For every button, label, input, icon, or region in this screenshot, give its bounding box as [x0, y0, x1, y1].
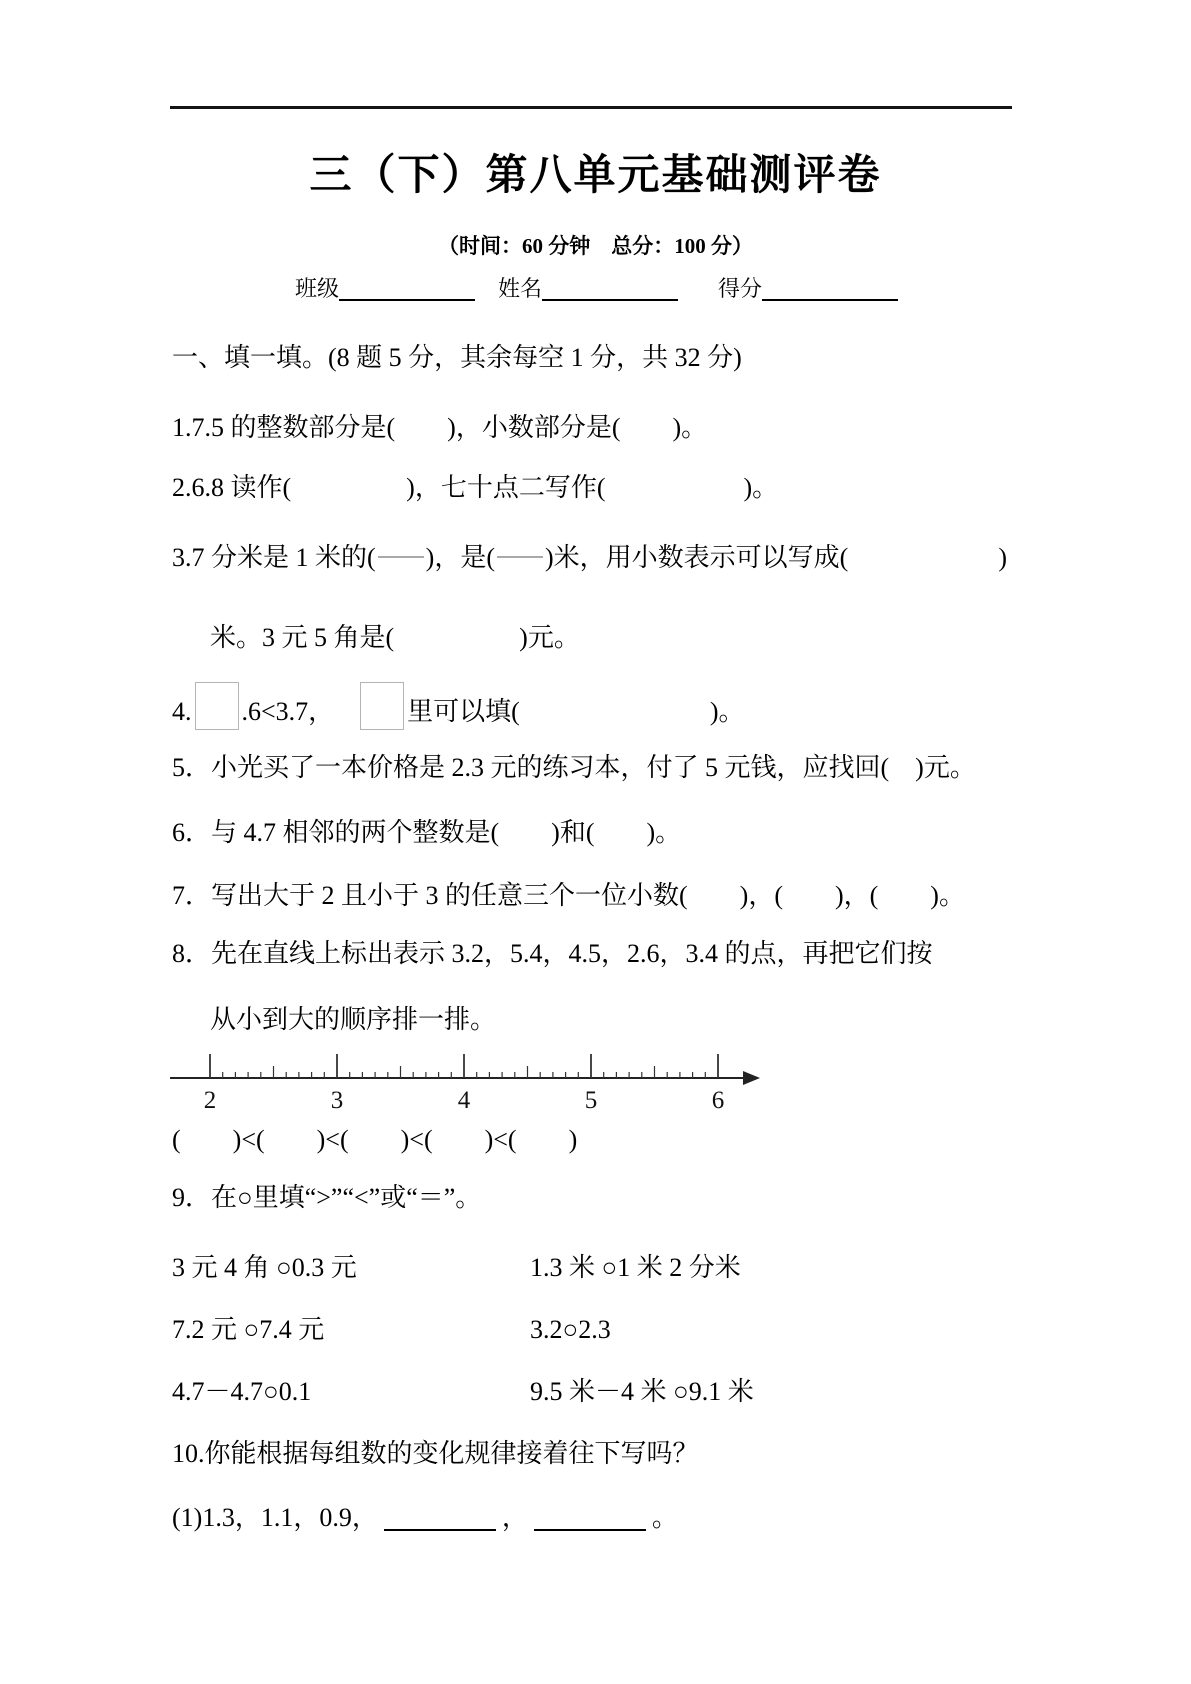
page-title: 三（下）第八单元基础测评卷 — [0, 142, 1191, 202]
q10-answer-blank-1[interactable] — [384, 1503, 496, 1531]
q3-text-a: 3.7 分米是 1 米的( — [172, 543, 376, 572]
question-8-line1: 8．先在直线上标出表示 3.2，5.4，4.5，2.6，3.4 的点，再把它们按 — [172, 936, 933, 972]
question-6: 6．与 4.7 相邻的两个整数是( )和( )。 — [172, 815, 681, 851]
question-4: 4..6<3.7，里可以填()。 — [172, 682, 745, 730]
question-9-heading: 9．在○里填“>”“<”或“＝”。 — [172, 1180, 481, 1216]
q3-answer-blank-2[interactable] — [394, 645, 519, 646]
question-1: 1.7.5 的整数部分是( )，小数部分是( )。 — [172, 410, 707, 446]
question-8-order-row: ( )<( )<( )<( )<( ) — [172, 1122, 577, 1158]
q10-text-c: 。 — [652, 1503, 678, 1532]
q3-text-b: )，是( — [426, 543, 495, 572]
q3-text-c: )米，用小数表示可以写成( — [545, 543, 848, 572]
question-7: 7．写出大于 2 且小于 3 的任意三个一位小数( )，( )，( )。 — [172, 878, 965, 914]
number-line-label-4: 4 — [458, 1087, 471, 1114]
q9-compare-row2-right[interactable]: 3.2○2.3 — [530, 1312, 611, 1348]
q3-fraction-blank-1[interactable] — [378, 556, 424, 558]
question-2: 2.6.8 读作()，七十点二写作()。 — [172, 470, 778, 506]
score-label: 得分 — [718, 276, 762, 301]
number-line-label-2: 2 — [204, 1087, 217, 1114]
q3-text-e: 米。3 元 5 角是( — [210, 623, 394, 652]
number-line-graphic[interactable]: 23456 — [160, 1042, 780, 1117]
question-3-line1: 3.7 分米是 1 米的()，是()米，用小数表示可以写成() — [172, 540, 1007, 576]
class-input-blank[interactable] — [339, 277, 475, 301]
q3-fraction-blank-2[interactable] — [497, 556, 543, 558]
question-10-item1: (1)1.3，1.1，0.9，，。 — [172, 1498, 678, 1536]
q4-answer-blank[interactable] — [520, 719, 710, 720]
class-field: 班级 — [295, 272, 475, 303]
q9-compare-row1-right[interactable]: 1.3 米 ○1 米 2 分米 — [530, 1250, 741, 1286]
q3-text-d: ) — [998, 543, 1007, 572]
q2-answer-blank-1[interactable] — [291, 495, 406, 496]
header-rule — [170, 106, 1012, 109]
q9-compare-row3-right[interactable]: 9.5 米－4 米 ○9.1 米 — [530, 1374, 754, 1410]
number-line-label-3: 3 — [331, 1087, 344, 1114]
question-10-heading: 10.你能根据每组数的变化规律接着往下写吗？ — [172, 1436, 699, 1472]
class-label: 班级 — [295, 276, 339, 301]
number-line-label-6: 6 — [712, 1087, 725, 1114]
q10-answer-blank-2[interactable] — [534, 1503, 646, 1531]
test-paper-page: 三（下）第八单元基础测评卷 （时间：60 分钟 总分：100 分） 班级 姓名 … — [0, 0, 1191, 1684]
name-field: 姓名 — [498, 272, 678, 303]
question-5: 5．小光买了一本价格是 2.3 元的练习本，付了 5 元钱，应找回( )元。 — [172, 750, 976, 786]
q9-compare-row1-left[interactable]: 3 元 4 角 ○0.3 元 — [172, 1250, 357, 1286]
q2-text-a: 2.6.8 读作( — [172, 473, 291, 502]
q4-square-box-2[interactable] — [360, 682, 404, 730]
score-field: 得分 — [718, 272, 898, 303]
q9-compare-row3-left[interactable]: 4.7－4.7○0.1 — [172, 1374, 311, 1410]
q4-text-a: 4. — [172, 697, 192, 726]
exam-meta: （时间：60 分钟 总分：100 分） — [0, 230, 1191, 260]
q10-text-a: (1)1.3，1.1，0.9， — [172, 1503, 378, 1532]
q10-text-b: ， — [502, 1503, 528, 1532]
q4-text-b: .6<3.7， — [242, 697, 335, 726]
q4-text-d: )。 — [710, 697, 745, 726]
q3-answer-blank[interactable] — [848, 565, 998, 566]
q3-text-f: )元。 — [519, 623, 580, 652]
q2-answer-blank-2[interactable] — [606, 495, 744, 496]
number-line[interactable]: 23456 — [160, 1042, 780, 1117]
question-3-line2: 米。3 元 5 角是()元。 — [210, 620, 580, 656]
q2-text-b: )，七十点二写作( — [406, 473, 605, 502]
student-info-row: 班级 姓名 得分 — [0, 272, 1191, 306]
section1-heading: 一、填一填。(8 题 5 分，其余每空 1 分，共 32 分) — [172, 340, 742, 376]
question-8-line2: 从小到大的顺序排一排。 — [210, 1002, 496, 1038]
q4-square-box-1[interactable] — [195, 682, 239, 730]
name-input-blank[interactable] — [542, 277, 678, 301]
q4-text-c: 里可以填( — [407, 697, 520, 726]
q2-text-c: )。 — [744, 473, 779, 502]
score-input-blank[interactable] — [762, 277, 898, 301]
number-line-label-5: 5 — [585, 1087, 598, 1114]
q9-compare-row2-left[interactable]: 7.2 元 ○7.4 元 — [172, 1312, 324, 1348]
name-label: 姓名 — [498, 276, 542, 301]
